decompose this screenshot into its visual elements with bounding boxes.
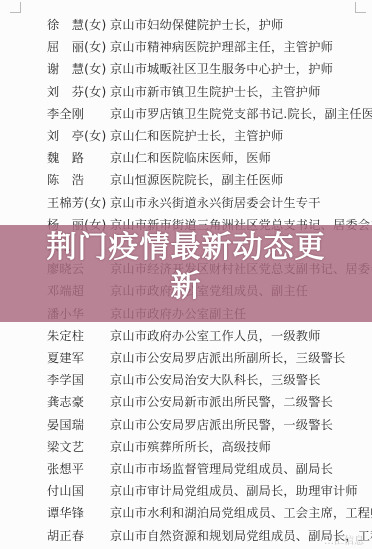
person-name: 朱定柱 xyxy=(47,325,84,347)
list-item: 陈 浩京山恒源医院院长，副主任医师 xyxy=(0,169,372,191)
person-name: 谢 慧(女) xyxy=(47,58,106,80)
person-position: 京山市水利和湖泊局党组成员、工会主席，工程师 xyxy=(110,502,372,524)
person-position: 京山市公安局治安大队科长，三级警长 xyxy=(110,369,321,391)
person-position: 京山市妇幼保健院护士长，护师 xyxy=(110,14,283,36)
list-item: 晏国瑞京山市公安局罗店派出所民警，一级警长 xyxy=(0,414,372,436)
person-name: 刘 亭(女) xyxy=(47,125,106,147)
list-item: 朱定柱京山市政府办公室工作人员，一级教师 xyxy=(0,325,372,347)
list-item: 谭华锋京山市水利和湖泊局党组成员、工会主席，工程师 xyxy=(0,502,372,524)
list-item: 刘 亭(女)京山仁和医院护士长，主管护师 xyxy=(0,125,372,147)
person-position: 京山市精神病医院护理部主任，主管护师 xyxy=(110,36,333,58)
list-item: 徐 慧(女)京山市妇幼保健院护士长，护师 xyxy=(0,14,372,36)
person-name: 刘 芬(女) xyxy=(47,81,106,103)
person-position: 京山市新市镇卫生院护士长，主管护师 xyxy=(110,81,321,103)
person-name: 龚志豪 xyxy=(47,391,84,413)
list-item: 付山国京山市审计局党组成员、副局长，助理审计师 xyxy=(0,480,372,502)
document-page: 徐 慧(女)京山市妇幼保健院护士长，护师 屈 丽(女)京山市精神病医院护理部主任… xyxy=(0,0,372,549)
person-name: 王棉芳(女) xyxy=(47,192,106,214)
list-item: 李全刚京山市罗店镇卫生院党支部书记.院长，副主任医师 xyxy=(0,103,372,125)
person-position: 京山市城畈社区卫生服务中心护士，护师 xyxy=(110,58,333,80)
person-name: 谭华锋 xyxy=(47,502,84,524)
list-item: 龚志豪京山市公安局新市派出所民警，二级警长 xyxy=(0,391,372,413)
person-name: 李全刚 xyxy=(47,103,84,125)
list-item: 谢 慧(女)京山市城畈社区卫生服务中心护士，护师 xyxy=(0,58,372,80)
list-item: 张想平京山市市场监督管理局党组成员、副局长 xyxy=(0,458,372,480)
person-name: 徐 慧(女) xyxy=(47,14,106,36)
person-position: 京山仁和医院临床医师，医师 xyxy=(110,147,271,169)
list-item: 王棉芳(女)京山市永兴街道永兴街居委会计生专干 xyxy=(0,192,372,214)
person-name: 陈 浩 xyxy=(47,169,84,191)
person-position: 京山市罗店镇卫生院党支部书记.院长，副主任医师 xyxy=(110,103,372,125)
watermark: …汇信息 xyxy=(324,532,364,547)
person-name: 屈 丽(女) xyxy=(47,36,106,58)
list-item: 夏建军京山市公安局罗店派出所副所长，三级警长 xyxy=(0,347,372,369)
person-position: 京山市市场监督管理局党组成员、副局长 xyxy=(110,458,333,480)
person-position: 京山仁和医院护士长，主管护师 xyxy=(110,125,283,147)
person-name: 李学国 xyxy=(47,369,84,391)
crop-mark-top-left xyxy=(10,2,21,13)
list-item: 梁文艺京山市殡葬所所长，高级技师 xyxy=(0,436,372,458)
person-name: 晏国瑞 xyxy=(47,414,84,436)
person-position: 京山市公安局罗店派出所民警，一级警长 xyxy=(110,414,333,436)
person-name: 张想平 xyxy=(47,458,84,480)
banner-title: 荆门疫情最新动态更新 xyxy=(36,228,336,306)
person-position: 京山市殡葬所所长，高级技师 xyxy=(110,436,271,458)
person-position: 京山市公安局新市派出所民警，二级警长 xyxy=(110,391,333,413)
list-item: 李学国京山市公安局治安大队科长，三级警长 xyxy=(0,369,372,391)
person-position: 京山市永兴街道永兴街居委会计生专干 xyxy=(110,192,321,214)
list-item: 屈 丽(女)京山市精神病医院护理部主任，主管护师 xyxy=(0,36,372,58)
person-position: 京山恒源医院院长，副主任医师 xyxy=(110,169,283,191)
person-position: 京山市审计局党组成员、副局长，助理审计师 xyxy=(110,480,358,502)
list-item: 刘 芬(女)京山市新市镇卫生院护士长，主管护师 xyxy=(0,81,372,103)
person-name: 梁文艺 xyxy=(47,436,84,458)
person-name: 付山国 xyxy=(47,480,84,502)
person-position: 京山市公安局罗店派出所副所长，三级警长 xyxy=(110,347,345,369)
crop-mark-top-right xyxy=(355,2,366,13)
person-position: 京山市政府办公室工作人员，一级教师 xyxy=(110,325,321,347)
person-name: 胡正春 xyxy=(47,525,84,547)
person-name: 魏 路 xyxy=(47,147,84,169)
list-item: 魏 路京山仁和医院临床医师，医师 xyxy=(0,147,372,169)
list-item: 胡正春京山市自然资源和规划局党组成员、副局长，工程师 xyxy=(0,525,372,547)
person-name: 夏建军 xyxy=(47,347,84,369)
